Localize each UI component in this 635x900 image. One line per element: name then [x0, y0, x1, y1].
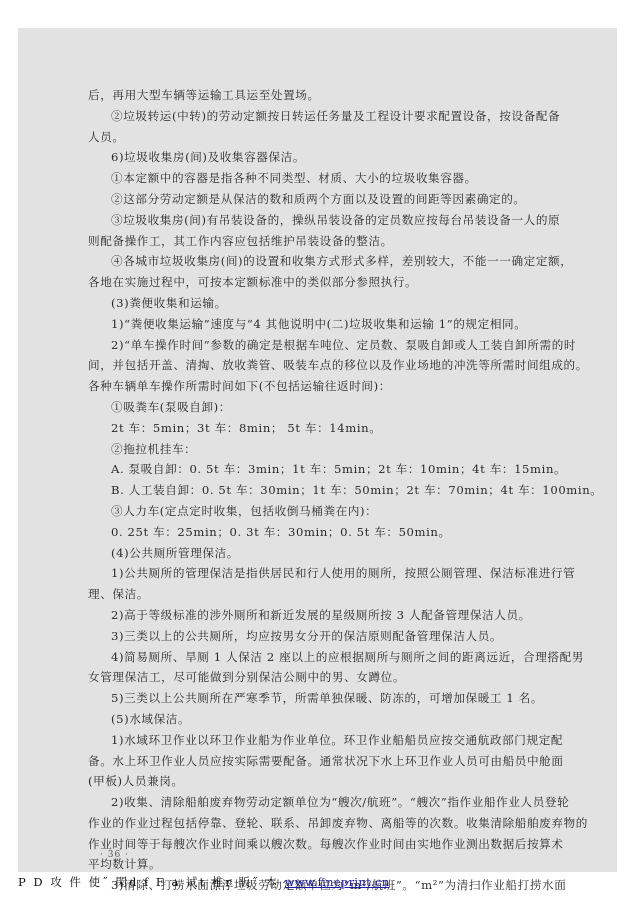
text-line: 6)垃圾收集房(间)及收集容器保洁。 — [88, 147, 610, 168]
text-line: 理、保洁。 — [88, 584, 610, 605]
text-line: 作业的作业过程包括停靠、登轮、联系、吊卸废弃物、离船等的次数。收集清除船舶废弃物… — [88, 813, 610, 834]
text-line: ①本定额中的容器是指各种不同类型、材质、大小的垃圾收集容器。 — [88, 168, 610, 189]
text-line: 作业时间等于每艘次作业时间乘以艘次数。每艘次作业时间由实地作业测出数据后按算术 — [88, 834, 610, 855]
text-line: 3)三类以上的公共厕所，均应按男女分开的保洁原则配备管理保洁人员。 — [88, 626, 610, 647]
page-body: 后，再用大型车辆等运输工具运至处置场。②垃圾转运(中转)的劳动定额按日转运任务量… — [88, 85, 610, 896]
text-line: 间，并包括开盖、清掏、放收粪管、吸装车点的移位以及作业场地的冲洗等所需时间组成的… — [88, 355, 610, 376]
text-line: ③垃圾收集房(间)有吊装设备的，操纵吊装设备的定员数应按每台吊装设备一人的原 — [88, 210, 610, 231]
text-line: 5)三类以上公共厕所在严寒季节，所需单独保暖、防冻的，可增加保暖工 1 名。 — [88, 688, 610, 709]
text-line: ②这部分劳动定额是从保洁的数和质两个方面以及设置的间距等因素确定的。 — [88, 189, 610, 210]
text-line: 平均数计算。 — [88, 854, 610, 875]
text-line: ③人力车(定点定时收集，包括收倒马桶粪在内)： — [88, 501, 610, 522]
text-line: 各地在实施过程中，可按本定额标准中的类似部分参照执行。 — [88, 272, 610, 293]
watermark-text: P D 攻 件 使˝ 閑d f F a 试t 椎r 販˝ 本 — [18, 875, 279, 889]
text-line: ①吸粪车(泵吸自卸)： — [88, 397, 610, 418]
text-line: 2t 车：5min；3t 车：8min； 5t 车：14min。 — [88, 418, 610, 439]
text-line: 0. 25t 车：25min；0. 3t 车：30min；0. 5t 车：50m… — [88, 522, 610, 543]
text-line: 1)公共厕所的管理保洁是指供居民和行人使用的厕所，按照公厕管理、保洁标准进行管 — [88, 563, 610, 584]
text-line: A. 泵吸自卸：0. 5t 车：3min；1t 车：5min；2t 车：10mi… — [88, 459, 610, 480]
text-line: ②拖拉机挂车： — [88, 439, 610, 460]
text-line: 2)“单车操作时间”参数的确定是根据车吨位、定员数、泵吸自卸或人工装自卸所需的时 — [88, 335, 610, 356]
page-number: · 36 · — [100, 850, 129, 860]
text-line: B. 人工装自卸：0. 5t 车：30min；1t 车：50min；2t 车：7… — [88, 480, 610, 501]
text-line: 女管理保洁工，尽可能做到分别保洁公厕中的男、女蹲位。 — [88, 667, 610, 688]
text-line: 1)水域环卫作业以环卫作业船为作业单位。环卫作业船船员应按交通航政部门规定配 — [88, 730, 610, 751]
text-line: 后，再用大型车辆等运输工具运至处置场。 — [88, 85, 610, 106]
document-page: 后，再用大型车辆等运输工具运至处置场。②垃圾转运(中转)的劳动定额按日转运任务量… — [18, 28, 617, 872]
text-line: ④各城市垃圾收集房(间)的设置和收集方式形式多样，差别较大，不能一一确定定额， — [88, 251, 610, 272]
watermark-link[interactable]: www.fineprint.cn — [285, 875, 390, 889]
text-line: 1)“粪便收集运输”速度与“4 其他说明中(二)垃圾收集和运输 1”的规定相同。 — [88, 314, 610, 335]
text-line: 4)简易厕所、旱厕 1 人保洁 2 座以上的应根据厕所与厕所之间的距离远近，合理… — [88, 647, 610, 668]
text-line: 人员。 — [88, 127, 610, 148]
text-line: 各种车辆单车操作所需时间如下(不包括运输往返时间)： — [88, 376, 610, 397]
text-line: 备。水上环卫作业人员应按实际需要配备。通常状况下水上环卫作业人员可由船员中舱面 — [88, 751, 610, 772]
text-line: (甲板)人员兼岗。 — [88, 771, 610, 792]
text-line: 2)收集、清除船舶废弃物劳动定额单位为“艘次/航班”。“艘次”指作业船作业人员登… — [88, 792, 610, 813]
text-line: 则配备操作工，其工作内容应包括维护吊装设备的整洁。 — [88, 231, 610, 252]
text-line: 2)高于等级标准的涉外厕所和新近发展的星级厕所按 3 人配备管理保洁人员。 — [88, 605, 610, 626]
text-line: (3)粪便收集和运输。 — [88, 293, 610, 314]
text-line: (4)公共厕所管理保洁。 — [88, 543, 610, 564]
text-line: ②垃圾转运(中转)的劳动定额按日转运任务量及工程设计要求配置设备，按设备配备 — [88, 106, 610, 127]
text-line: (5)水域保洁。 — [88, 709, 610, 730]
pdf-watermark-footer: P D 攻 件 使˝ 閑d f F a 试t 椎r 販˝ 本 www.finep… — [18, 874, 389, 890]
